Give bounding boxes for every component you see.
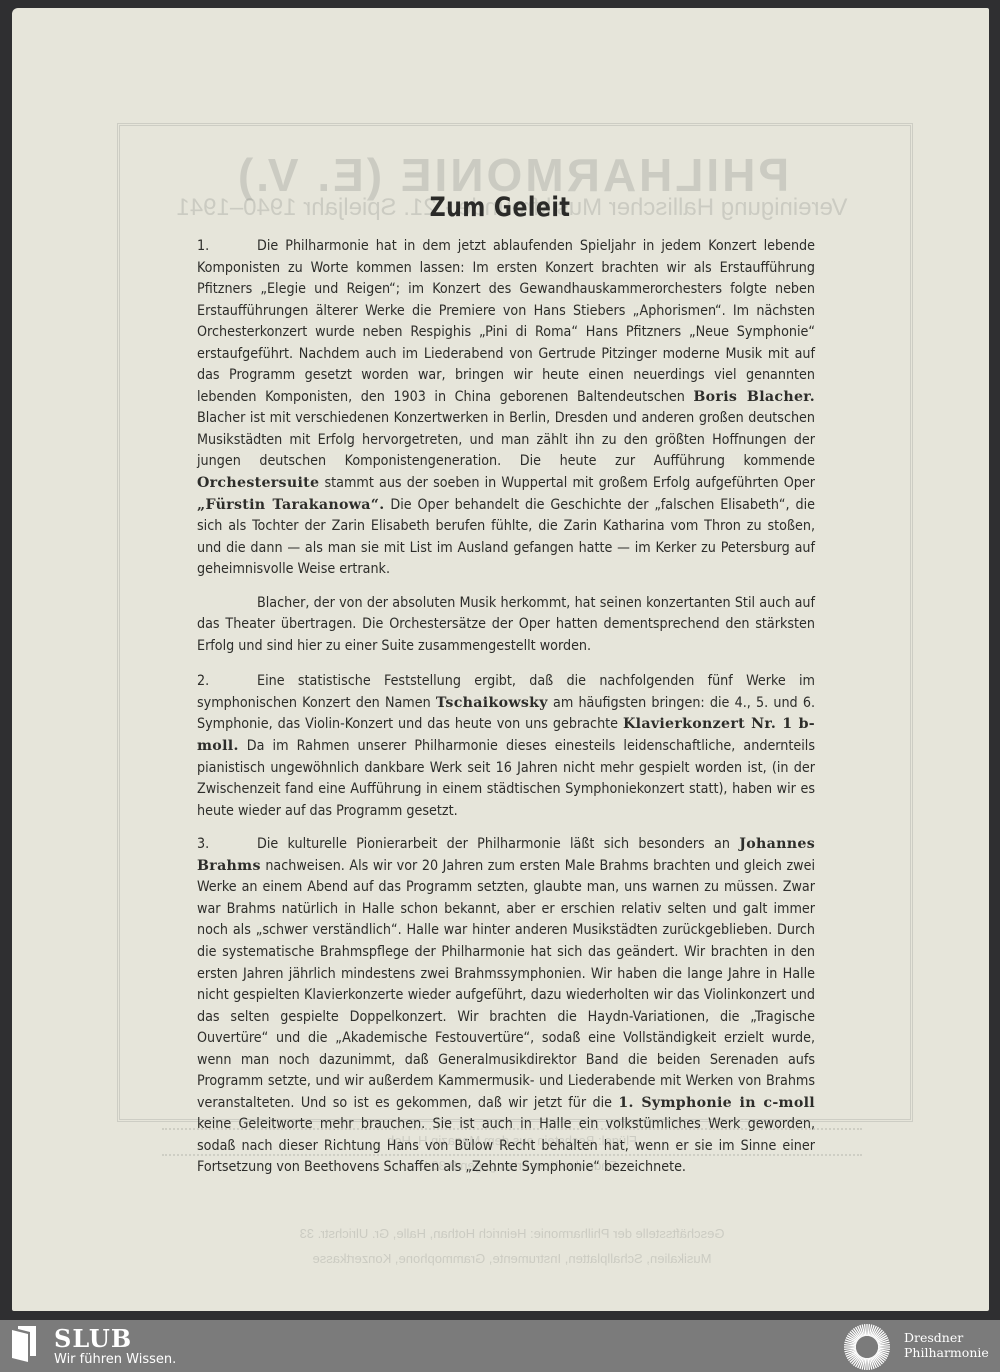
- book-icon: [12, 1326, 40, 1362]
- document-body: 1.Die Philharmonie hat in dem jetzt abla…: [197, 236, 815, 1191]
- bleed-through-line: Geschäftsstelle der Philharmonie: Heinri…: [192, 1226, 832, 1241]
- emphasized-name: Tschaikowsky: [436, 695, 548, 711]
- emphasized-name: 1. Symphonie in c-moll: [618, 1095, 815, 1111]
- paragraph-number: 1.: [197, 236, 257, 258]
- emphasized-name: „Fürstin Tarakanowa“.: [197, 497, 384, 513]
- text-run: stammt aus der soeben in Wuppertal mit g…: [319, 475, 815, 491]
- slub-tagline: Wir führen Wissen.: [54, 1352, 176, 1367]
- text-run: Blacher, der von der absoluten Musik her…: [197, 595, 815, 654]
- logo-line-2: Philharmonie: [904, 1345, 989, 1360]
- text-run: keine Geleitworte mehr brauchen. Sie ist…: [197, 1116, 815, 1175]
- text-run: nachweisen. Als wir vor 20 Jahren zum er…: [197, 858, 815, 1111]
- viewer-footer-bar: SLUB Wir führen Wissen. Dresdner Philhar…: [0, 1320, 1000, 1372]
- paragraph: Blacher, der von der absoluten Musik her…: [197, 593, 815, 658]
- bleed-through-line: Musikalien, Schallplatten, Instrumente, …: [192, 1251, 832, 1266]
- text-run: Die kulturelle Pionierarbeit der Philhar…: [257, 836, 739, 852]
- slub-logo-text: SLUB: [54, 1324, 132, 1353]
- emphasized-name: Boris Blacher.: [693, 389, 815, 405]
- paragraph: 1.Die Philharmonie hat in dem jetzt abla…: [197, 236, 815, 581]
- document-title: Zum Geleit: [90, 192, 910, 223]
- text-run: Die Philharmonie hat in dem jetzt ablauf…: [197, 238, 815, 405]
- sunburst-ring-icon: [842, 1322, 892, 1372]
- text-run: Da im Rahmen unserer Philharmonie dieses…: [197, 738, 815, 819]
- emphasized-name: Orchestersuite: [197, 475, 319, 491]
- paragraph: 2.Eine statistische Feststellung ergibt,…: [197, 671, 815, 822]
- paragraph-number: 3.: [197, 834, 257, 856]
- paragraph-number: 2.: [197, 671, 257, 693]
- paragraph: 3.Die kulturelle Pionierarbeit der Philh…: [197, 834, 815, 1179]
- text-run: Blacher ist mit verschiedenen Konzertwer…: [197, 410, 815, 469]
- logo-line-1: Dresdner: [904, 1330, 989, 1345]
- dresdner-philharmonie-logo-text: Dresdner Philharmonie: [904, 1330, 989, 1360]
